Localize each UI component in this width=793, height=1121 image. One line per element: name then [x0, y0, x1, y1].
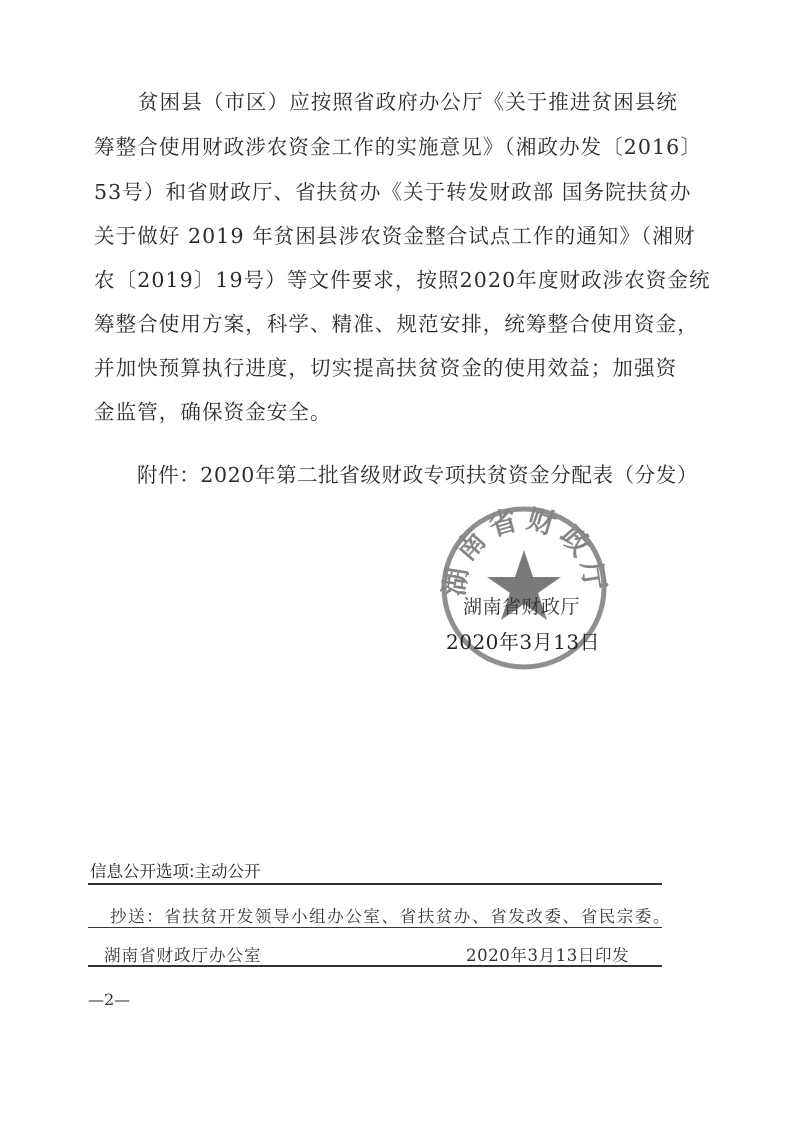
paragraph-line: 贫困县（市区）应按照省政府办公厅《关于推进贫困县统 — [138, 92, 666, 113]
signer-name: 湖南省财政厅 — [463, 592, 580, 619]
divider — [88, 883, 662, 885]
page-number: —2— — [88, 990, 130, 1009]
cc-list: 抄送：省扶贫开发领导小组办公室、省扶贫办、省发改委、省民宗委。 — [110, 903, 671, 927]
issuing-office: 湖南省财政厅办公室 — [104, 942, 262, 966]
disclosure-option: 信息公开选项:主动公开 — [90, 858, 261, 882]
issue-date: 2020年3月13日印发 — [466, 942, 629, 966]
signature-date: 2020年3月13日 — [446, 626, 600, 655]
paragraph-line: 关于做好 2019 年贫困县涉农资金整合试点工作的通知》（湘财 — [94, 226, 666, 247]
paragraph-line: 筹整合使用财政涉农资金工作的实施意见》（湘政办发〔2016〕 — [94, 137, 666, 158]
divider — [88, 965, 662, 967]
attachment-line: 附件：2020年第二批省级财政专项扶贫资金分配表（分发） — [137, 458, 698, 488]
divider — [88, 927, 662, 928]
paragraph-line: 53号）和省财政厅、省扶贫办《关于转发财政部 国务院扶贫办 — [94, 182, 666, 203]
paragraph-line: 并加快预算执行进度，切实提高扶贫资金的使用效益；加强资 — [94, 358, 666, 379]
paragraph-line: 金监管，确保资金安全。 — [94, 402, 332, 423]
paragraph-line: 农〔2019〕19号）等文件要求，按照2020年度财政涉农资金统 — [94, 270, 666, 291]
paragraph-line: 筹整合使用方案，科学、精准、规范安排，统筹整合使用资金， — [94, 314, 666, 335]
